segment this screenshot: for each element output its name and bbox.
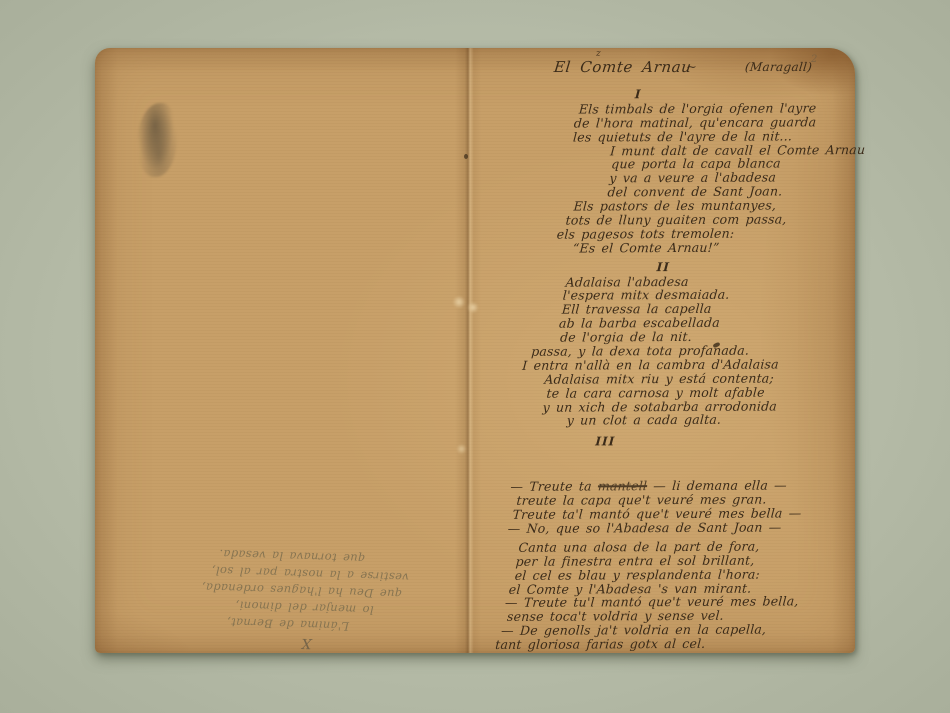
manuscript-paper: X L'ánima de Bernat,lo menjar del dimoni… (95, 48, 855, 653)
poem-line-text: mantell (597, 478, 647, 493)
poem-line: tant gloriosa farias gotx al cel. (495, 636, 826, 652)
title-row: El Comte Arnau z ~ (Maragall) (468, 58, 855, 78)
inverted-pencil-draft: X L'ánima de Bernat,lo menjar del dimoni… (151, 541, 410, 655)
poem-line-text: — No, que so l'Abadesa de Sant Joan — (507, 519, 782, 535)
poem: IEls timbals de l'orgia ofenen l'ayrede … (495, 87, 861, 652)
left-page: X L'ánima de Bernat,lo menjar del dimoni… (95, 48, 468, 653)
title-flourish-mark: z (596, 49, 601, 59)
poem-line: ab la barba escabellada (559, 315, 847, 330)
title-flourish-dash: ~ (686, 60, 697, 75)
poem-line: — No, que so l'Abadesa de Sant Joan — (507, 520, 833, 536)
photo-background: X L'ánima de Bernat,lo menjar del dimoni… (0, 0, 950, 713)
stanza-numeral: III (595, 435, 839, 450)
poem-title: El Comte Arnau (553, 58, 692, 76)
right-page: 2 El Comte Arnau z ~ (Maragall) IEls tim… (468, 48, 855, 653)
poem-line: y un clot a cada galta. (566, 413, 840, 428)
stanza-numeral: II (656, 260, 850, 275)
poem-line: “Es el Comte Arnau!” (572, 240, 851, 255)
poem-line-text: y un clot a cada galta. (566, 412, 721, 428)
pencil-lines: L'ánima de Bernat,lo menjar del dimoni,q… (152, 543, 410, 637)
poem-line-text: tant gloriosa farias gotx al cel. (495, 636, 706, 652)
poem-author: (Maragall) (744, 60, 813, 74)
ink-smudge-stain (137, 103, 177, 177)
poem-line-text: “Es el Comte Arnau!” (572, 240, 720, 256)
